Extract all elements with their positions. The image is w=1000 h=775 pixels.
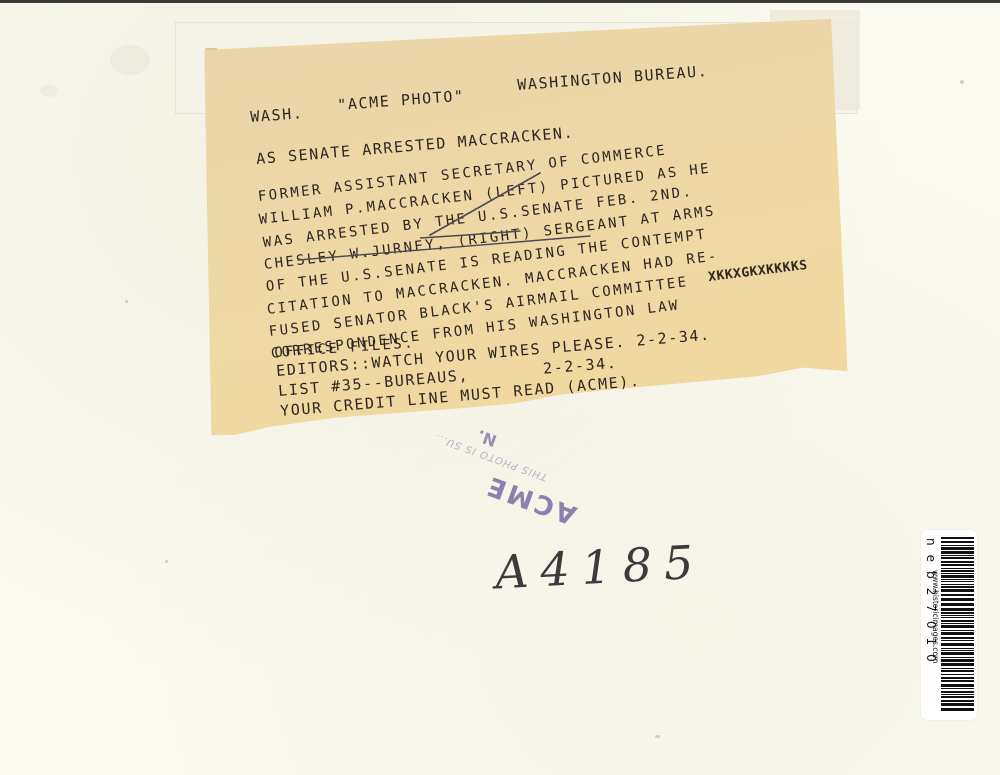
pencil-underline bbox=[290, 218, 650, 268]
stamp-main-text: ACME bbox=[481, 469, 580, 530]
paper-speck bbox=[165, 560, 168, 563]
paper-stain bbox=[110, 45, 150, 75]
acme-stamp: ACME THIS PHOTO IS SU... N. bbox=[382, 386, 597, 530]
photo-back: WASH. "ACME PHOTO" WASHINGTON BUREAU. AS… bbox=[0, 0, 1000, 775]
paper-speck bbox=[960, 80, 964, 84]
handwritten-number: A4185 bbox=[494, 535, 707, 600]
barcode-label: neb27010 www.historicimages.com bbox=[921, 530, 977, 720]
paper-stain bbox=[40, 85, 58, 97]
paper-speck bbox=[655, 735, 660, 738]
scan-edge bbox=[0, 0, 1000, 3]
barcode-icon bbox=[941, 535, 974, 715]
paper-speck bbox=[125, 300, 128, 303]
barcode-url: www.historicimages.com bbox=[931, 570, 940, 663]
